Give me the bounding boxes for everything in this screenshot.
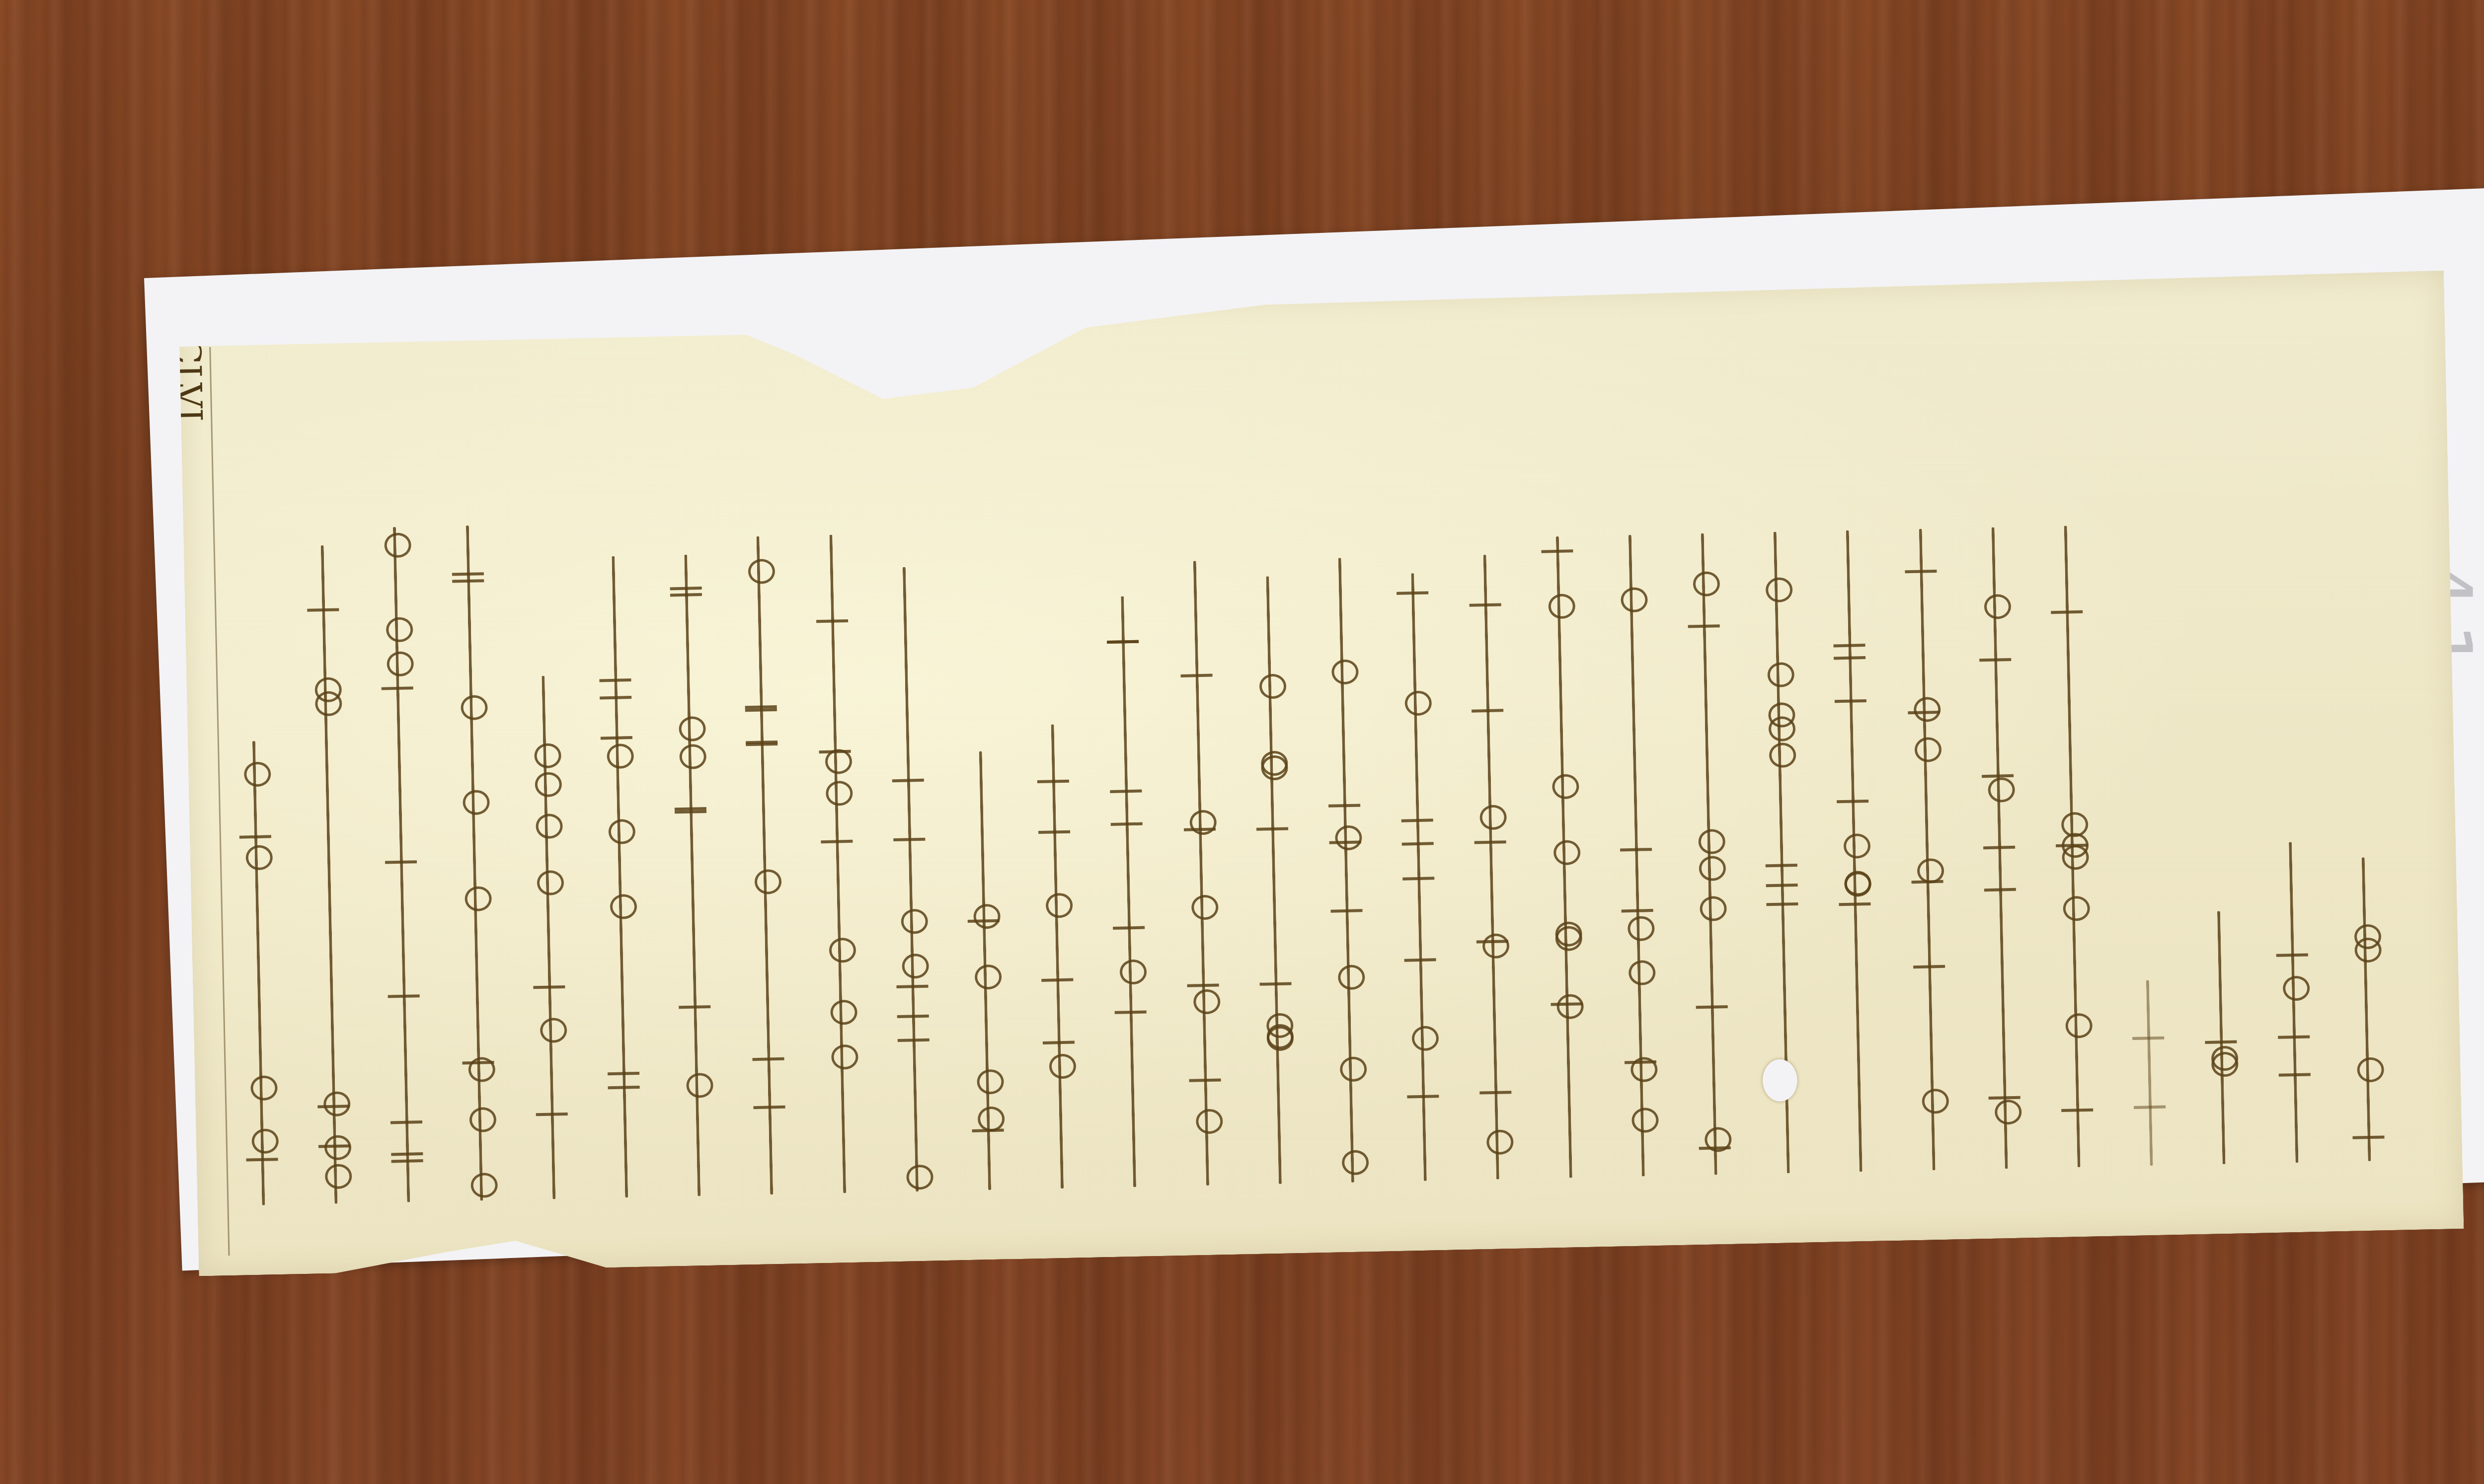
ink-crossbar <box>1115 1011 1147 1014</box>
ink-crossbar <box>2061 1108 2093 1112</box>
ink-stroke <box>466 525 482 1201</box>
ink-loop <box>1338 965 1365 990</box>
ink-loop <box>1629 960 1656 985</box>
ink-crossbar <box>2278 1073 2310 1077</box>
manuscript-line <box>1387 336 1460 1206</box>
ink-crossbar <box>452 579 484 583</box>
ink-loop <box>387 652 414 677</box>
ink-crossbar <box>896 985 928 988</box>
ink-crossbar <box>385 860 417 864</box>
manuscript-line <box>297 359 370 1229</box>
ink-crossbar <box>391 1152 423 1156</box>
ink-stroke <box>1701 533 1717 1175</box>
ink-crossbar <box>753 1057 784 1061</box>
ink-loop <box>245 845 273 870</box>
ink-stroke <box>1919 529 1935 1171</box>
ink-crossbar <box>2278 1036 2310 1039</box>
ink-crossbar <box>1187 983 1219 987</box>
ink-crossbar <box>893 838 925 841</box>
ink-loop <box>901 909 928 934</box>
manuscript-line <box>588 353 661 1223</box>
ink-stroke <box>2289 842 2299 1163</box>
ink-stroke <box>1051 724 1064 1188</box>
ink-loop <box>1191 894 1218 920</box>
manuscript-line <box>2040 322 2113 1192</box>
ink-loop <box>1845 872 1872 897</box>
ink-crossbar <box>536 1113 568 1116</box>
ink-crossbar <box>1397 591 1428 594</box>
manuscript-line <box>733 350 806 1220</box>
manuscript-line <box>225 361 298 1231</box>
ink-loop <box>2063 896 2090 921</box>
ink-loop <box>1769 742 1796 768</box>
ink-loop <box>1335 825 1362 850</box>
ink-crossbar <box>1402 877 1434 880</box>
ink-loop <box>1700 896 1727 921</box>
ink-loop <box>536 814 563 839</box>
ink-loop <box>1914 737 1941 762</box>
ink-crossbar <box>1111 822 1143 826</box>
ink-loop <box>977 1069 1004 1095</box>
ink-loop <box>829 937 856 963</box>
ink-stroke <box>1193 561 1209 1186</box>
ink-crossbar <box>1834 644 1865 647</box>
ink-stroke <box>2146 980 2153 1166</box>
ink-loop <box>830 1000 857 1025</box>
ink-loop <box>461 695 488 720</box>
ink-crossbar <box>898 1039 930 1042</box>
ink-loop <box>1193 989 1220 1015</box>
manuscript-line <box>1822 327 1895 1197</box>
ink-crossbar <box>1401 819 1433 822</box>
ink-stroke <box>2217 911 2226 1164</box>
ink-loop <box>1769 716 1796 742</box>
ink-loop <box>469 1107 496 1132</box>
ink-crossbar <box>1913 965 1945 968</box>
ink-loop <box>978 1107 1005 1132</box>
ink-crossbar <box>1911 880 1943 884</box>
ink-crossbar <box>679 1005 710 1009</box>
ink-crossbar <box>1107 640 1139 644</box>
ink-loop <box>325 1164 352 1189</box>
ink-loop <box>755 869 782 894</box>
ink-crossbar <box>1189 1078 1221 1082</box>
manuscript-line <box>2185 319 2258 1189</box>
ink-loop <box>1621 587 1648 612</box>
ink-loop <box>1553 840 1580 865</box>
ink-crossbar <box>816 619 848 623</box>
ink-crossbar <box>754 1105 785 1109</box>
ink-stroke <box>1266 576 1282 1184</box>
ink-loop <box>1482 933 1510 959</box>
manuscript-line <box>1895 325 1968 1195</box>
manuscript-line <box>2112 321 2185 1191</box>
ink-crossbar <box>1766 884 1798 887</box>
ink-loop <box>1259 673 1286 699</box>
ink-crossbar <box>533 985 565 989</box>
ink-stroke <box>903 567 919 1191</box>
manuscript-line <box>1459 335 1532 1205</box>
handwritten-lines <box>225 316 2404 1231</box>
ink-loop <box>1984 594 2011 619</box>
ink-crossbar <box>1989 1096 2020 1099</box>
ink-crossbar <box>388 994 420 998</box>
ink-crossbar <box>1834 656 1865 660</box>
ink-loop <box>679 744 706 769</box>
manuscript-leaf: CLVI <box>179 271 2464 1276</box>
ink-loop <box>386 617 413 643</box>
ink-crossbar <box>1983 846 2015 849</box>
ink-crossbar <box>2134 1106 2166 1109</box>
ink-crossbar <box>2352 1135 2384 1139</box>
ink-loop <box>468 1057 495 1082</box>
ink-crossbar <box>745 708 777 712</box>
ink-crossbar <box>821 840 853 843</box>
ink-loop <box>1120 959 1147 984</box>
ink-crossbar <box>1113 926 1145 929</box>
ink-loop <box>324 1135 352 1160</box>
ink-crossbar <box>897 1015 929 1018</box>
manuscript-line <box>1532 333 1605 1203</box>
ink-crossbar <box>601 736 632 740</box>
ink-crossbar <box>1043 1040 1075 1044</box>
manuscript-line <box>515 355 588 1225</box>
ink-crossbar <box>1041 978 1073 982</box>
ink-stroke <box>1338 558 1354 1183</box>
ink-loop <box>1195 1109 1223 1134</box>
ink-crossbar <box>1259 982 1291 985</box>
ink-loop <box>1693 572 1720 597</box>
ink-loop <box>1988 777 2015 803</box>
ink-crossbar <box>2205 1040 2237 1044</box>
ink-loop <box>825 781 853 806</box>
manuscript-line <box>442 356 515 1226</box>
ink-loop <box>250 1075 278 1101</box>
manuscript-line <box>1604 332 1677 1202</box>
ink-crossbar <box>1402 842 1434 845</box>
manuscript-line <box>1168 341 1242 1211</box>
ink-loop <box>1631 1108 1659 1133</box>
ink-crossbar <box>2276 953 2308 957</box>
ink-loop <box>2357 1057 2384 1083</box>
ink-crossbar <box>1038 830 1070 834</box>
ink-crossbar <box>1475 841 1506 844</box>
ink-loop <box>2354 924 2381 949</box>
manuscript-line <box>660 351 733 1221</box>
ink-loop <box>540 1017 567 1042</box>
ink-loop <box>906 1164 933 1189</box>
ink-crossbar <box>1979 658 2011 662</box>
ink-crossbar <box>382 686 413 690</box>
ink-loop <box>251 1128 279 1154</box>
ink-crossbar <box>1256 827 1288 830</box>
ink-loop <box>537 870 564 895</box>
ink-loop <box>1766 577 1793 602</box>
ink-crossbar <box>1839 902 1871 906</box>
ink-crossbar <box>246 1158 278 1161</box>
ink-crossbar <box>1472 709 1504 713</box>
manuscript-line <box>370 358 443 1228</box>
ink-crossbar <box>1331 909 1363 912</box>
ink-crossbar <box>1835 699 1866 703</box>
ink-loop <box>1405 691 1432 716</box>
ink-loop <box>535 772 562 798</box>
ink-crossbar <box>390 1120 422 1124</box>
ink-loop <box>2065 1013 2093 1039</box>
manuscript-line <box>1314 338 1387 1208</box>
ink-loop <box>2062 844 2089 870</box>
ink-loop <box>1412 1026 1439 1051</box>
ink-stroke <box>757 536 774 1195</box>
manuscript-line <box>878 347 951 1217</box>
ink-loop <box>1340 1056 1367 1082</box>
ink-loop <box>607 743 634 769</box>
ink-crossbar <box>1767 902 1798 906</box>
ink-loop <box>470 1173 498 1198</box>
ink-crossbar <box>1110 790 1142 793</box>
ink-crossbar <box>892 779 924 782</box>
ink-crossbar <box>2051 610 2083 614</box>
manuscript-line <box>1967 324 2040 1194</box>
ink-crossbar <box>1696 1005 1728 1009</box>
manuscript-line <box>2330 316 2404 1187</box>
ink-loop <box>1995 1100 2022 1125</box>
ink-loop <box>608 819 635 844</box>
ink-crossbar <box>599 678 631 682</box>
ink-crossbar <box>1407 1095 1439 1098</box>
ink-crossbar <box>1837 800 1869 803</box>
ink-loop <box>1913 697 1941 722</box>
ink-loop <box>534 743 561 768</box>
ink-crossbar <box>1480 1091 1512 1094</box>
ink-crossbar <box>675 810 706 814</box>
ink-crossbar <box>608 1072 639 1075</box>
ink-loop <box>1552 774 1579 799</box>
manuscript-line <box>1096 342 1169 1212</box>
ink-loop <box>323 1091 351 1116</box>
manuscript-line <box>1677 330 1750 1200</box>
ink-loop <box>1844 833 1871 859</box>
manuscript-line <box>2258 318 2331 1188</box>
ink-loop <box>385 532 412 558</box>
ink-crossbar <box>1328 804 1360 807</box>
ink-crossbar <box>1180 674 1212 677</box>
ink-crossbar <box>1404 958 1436 962</box>
ink-loop <box>1922 1089 1949 1114</box>
ink-loop <box>902 954 929 979</box>
ink-crossbar <box>670 587 702 590</box>
ink-stroke <box>612 556 628 1198</box>
ink-crossbar <box>1905 570 1937 573</box>
ink-loop <box>1555 921 1582 947</box>
ink-loop <box>1049 1054 1077 1079</box>
ink-crossbar <box>1766 864 1797 867</box>
ink-crossbar <box>1620 848 1652 851</box>
ink-crossbar <box>1621 909 1653 912</box>
ink-loop <box>244 761 271 787</box>
manuscript-line <box>951 345 1024 1215</box>
ink-loop <box>2282 975 2310 1001</box>
ink-loop <box>1699 856 1726 881</box>
ink-loop <box>1189 810 1217 835</box>
ink-loop <box>975 965 1002 990</box>
ink-stroke <box>2362 857 2371 1161</box>
ink-loop <box>1486 1129 1514 1155</box>
ink-crossbar <box>2132 1037 2164 1040</box>
ink-crossbar <box>452 572 483 576</box>
ink-loop <box>686 1073 713 1098</box>
ink-loop <box>748 559 776 584</box>
ink-crossbar <box>670 593 702 596</box>
ink-loop <box>973 903 1001 929</box>
ink-crossbar <box>308 608 339 611</box>
ink-loop <box>463 790 490 815</box>
ink-loop <box>1556 994 1584 1019</box>
ink-loop <box>679 716 706 742</box>
ink-loop <box>1480 805 1507 830</box>
ink-stroke <box>684 555 700 1196</box>
ink-loop <box>1342 1150 1369 1175</box>
ink-loop <box>465 886 492 911</box>
ink-crossbar <box>600 696 631 699</box>
ink-loop <box>610 894 637 919</box>
ink-loop <box>1767 662 1794 687</box>
ink-crossbar <box>1984 888 2016 891</box>
ink-crossbar <box>239 835 271 838</box>
ink-crossbar <box>391 1159 423 1163</box>
ink-loop <box>831 1044 858 1069</box>
manuscript-line <box>1023 344 1096 1214</box>
ink-crossbar <box>608 1085 640 1089</box>
ink-stroke <box>1483 555 1499 1180</box>
manuscript-line <box>805 348 878 1218</box>
ink-loop <box>1698 829 1725 854</box>
ink-loop <box>1046 893 1073 918</box>
ink-crossbar <box>1688 624 1720 628</box>
ink-crossbar <box>1470 603 1501 606</box>
ink-loop <box>1628 916 1655 941</box>
ink-crossbar <box>1541 549 1573 553</box>
ink-crossbar <box>1037 780 1069 783</box>
ink-stroke <box>1121 596 1137 1187</box>
ink-loop <box>1331 659 1359 684</box>
ink-stroke <box>829 535 846 1193</box>
ink-loop <box>1548 594 1575 619</box>
manuscript-line <box>1241 339 1314 1209</box>
